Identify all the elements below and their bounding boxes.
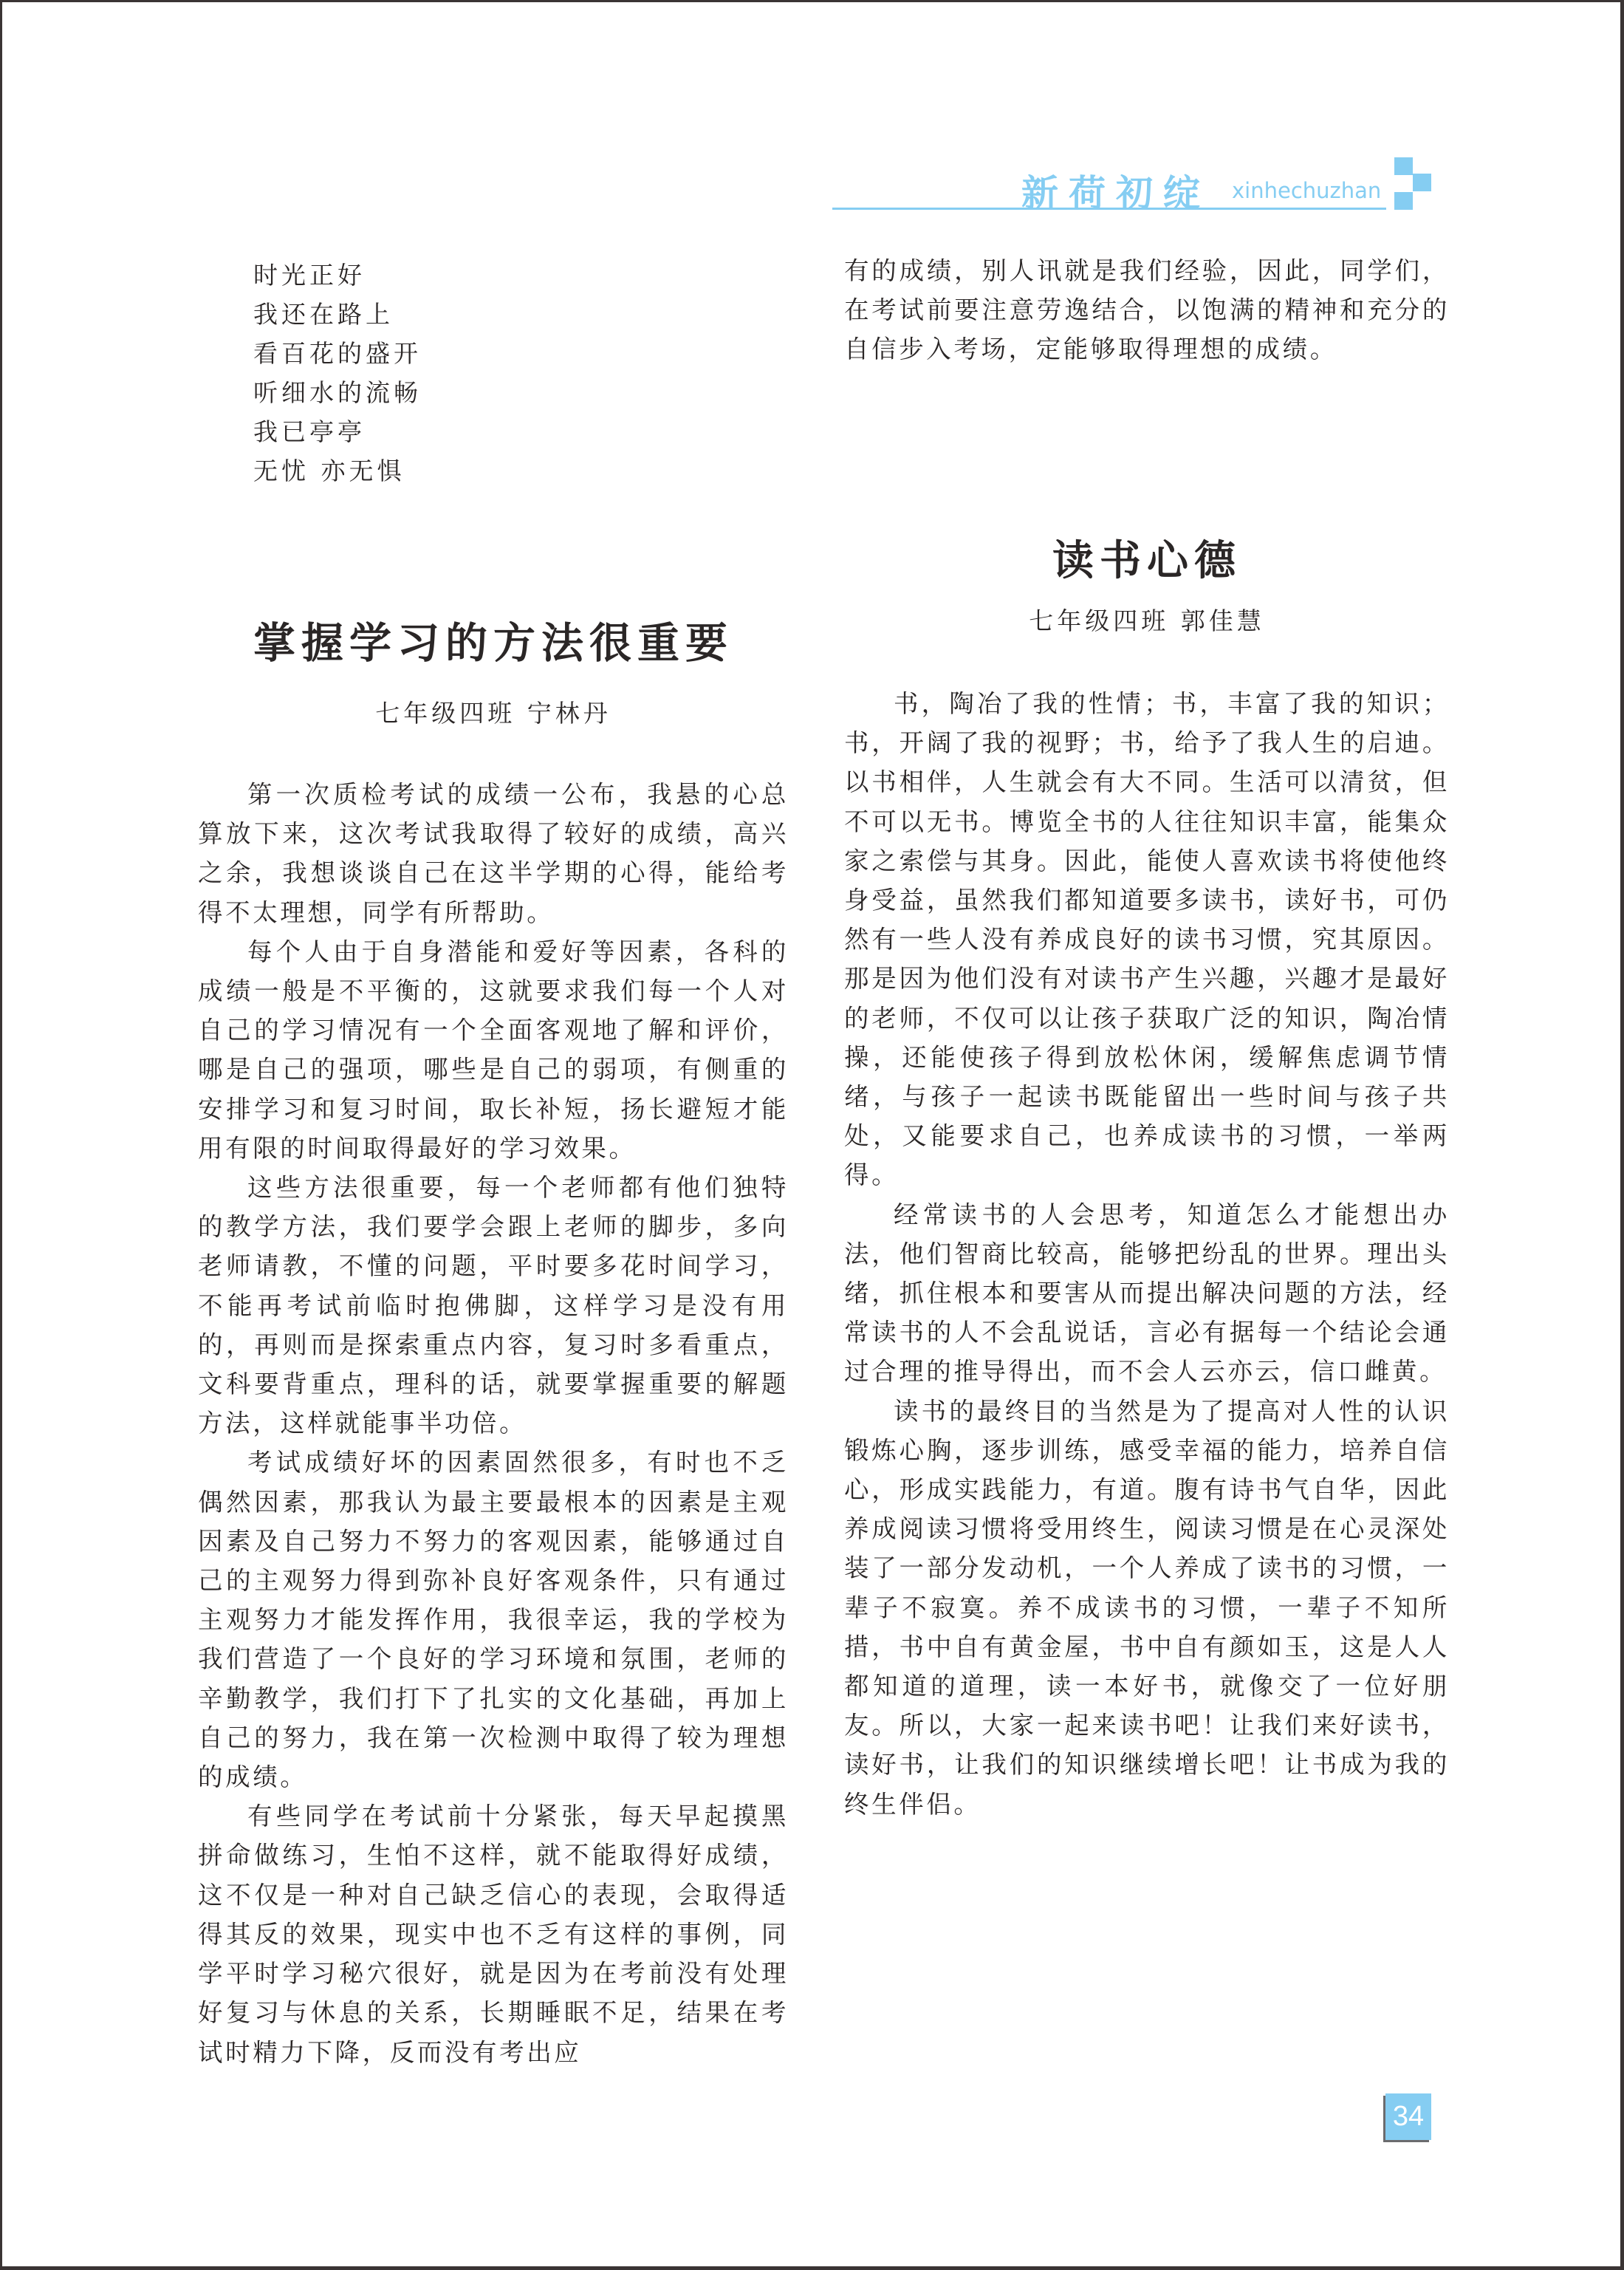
page-number: 34 — [1385, 2093, 1431, 2140]
article-body: 书，陶冶了我的性情；书，丰富了我的知识；书，开阔了我的视野；书，给予了我人生的启… — [844, 684, 1450, 1824]
paragraph: 第一次质检考试的成绩一公布，我悬的心总算放下来，这次考试我取得了较好的成绩，高兴… — [198, 775, 789, 932]
paragraph: 每个人由于自身潜能和爱好等因素，各科的成绩一般是不平衡的，这就要求我们每一个人对… — [198, 932, 789, 1168]
poem-line: 听细水的流畅 — [253, 373, 422, 412]
article-title: 掌握学习的方法很重要 — [198, 609, 789, 670]
paragraph: 这些方法很重要，每一个老师都有他们独特的教学方法，我们要学会跟上老师的脚步，多向… — [198, 1168, 789, 1443]
poem-line: 我已亭亭 — [253, 412, 422, 451]
article-body: 第一次质检考试的成绩一公布，我悬的心总算放下来，这次考试我取得了较好的成绩，高兴… — [198, 775, 789, 2072]
article-author: 七年级四班 郭佳慧 — [844, 602, 1450, 637]
article-title: 读书心德 — [844, 528, 1450, 587]
paragraph: 有的成绩，别人讯就是我们经验，因此，同学们，在考试前要注意劳逸结合，以饱满的精神… — [844, 251, 1450, 369]
checker-squares-icon — [1394, 157, 1431, 211]
poem-fragment: 时光正好 我还在路上 看百花的盛开 听细水的流畅 我已亭亭 无忧 亦无惧 — [253, 256, 422, 490]
paragraph: 有些同学在考试前十分紧张，每天早起摸黑拼命做练习，生怕不这样，就不能取得好成绩，… — [198, 1796, 789, 2071]
section-pinyin: xinhechuzhan — [1232, 178, 1381, 203]
poem-line: 我还在路上 — [253, 295, 422, 334]
poem-line: 无忧 亦无惧 — [253, 451, 422, 490]
poem-line: 时光正好 — [253, 256, 422, 295]
paragraph: 书，陶冶了我的性情；书，丰富了我的知识；书，开阔了我的视野；书，给予了我人生的启… — [844, 684, 1450, 1195]
prev-article-tail: 有的成绩，别人讯就是我们经验，因此，同学们，在考试前要注意劳逸结合，以饱满的精神… — [844, 251, 1450, 369]
paragraph: 经常读书的人会思考，知道怎么才能想出办法，他们智商比较高，能够把纷乱的世界。理出… — [844, 1195, 1450, 1392]
poem-line: 看百花的盛开 — [253, 334, 422, 373]
header-rule — [832, 208, 1386, 210]
article-author: 七年级四班 宁林丹 — [198, 694, 789, 729]
paragraph: 考试成绩好坏的因素固然很多，有时也不乏偶然因素，那我认为最主要最根本的因素是主观… — [198, 1443, 789, 1796]
paragraph: 读书的最终目的当然是为了提高对人性的认识锻炼心胸，逐步训练，感受幸福的能力，培养… — [844, 1392, 1450, 1824]
